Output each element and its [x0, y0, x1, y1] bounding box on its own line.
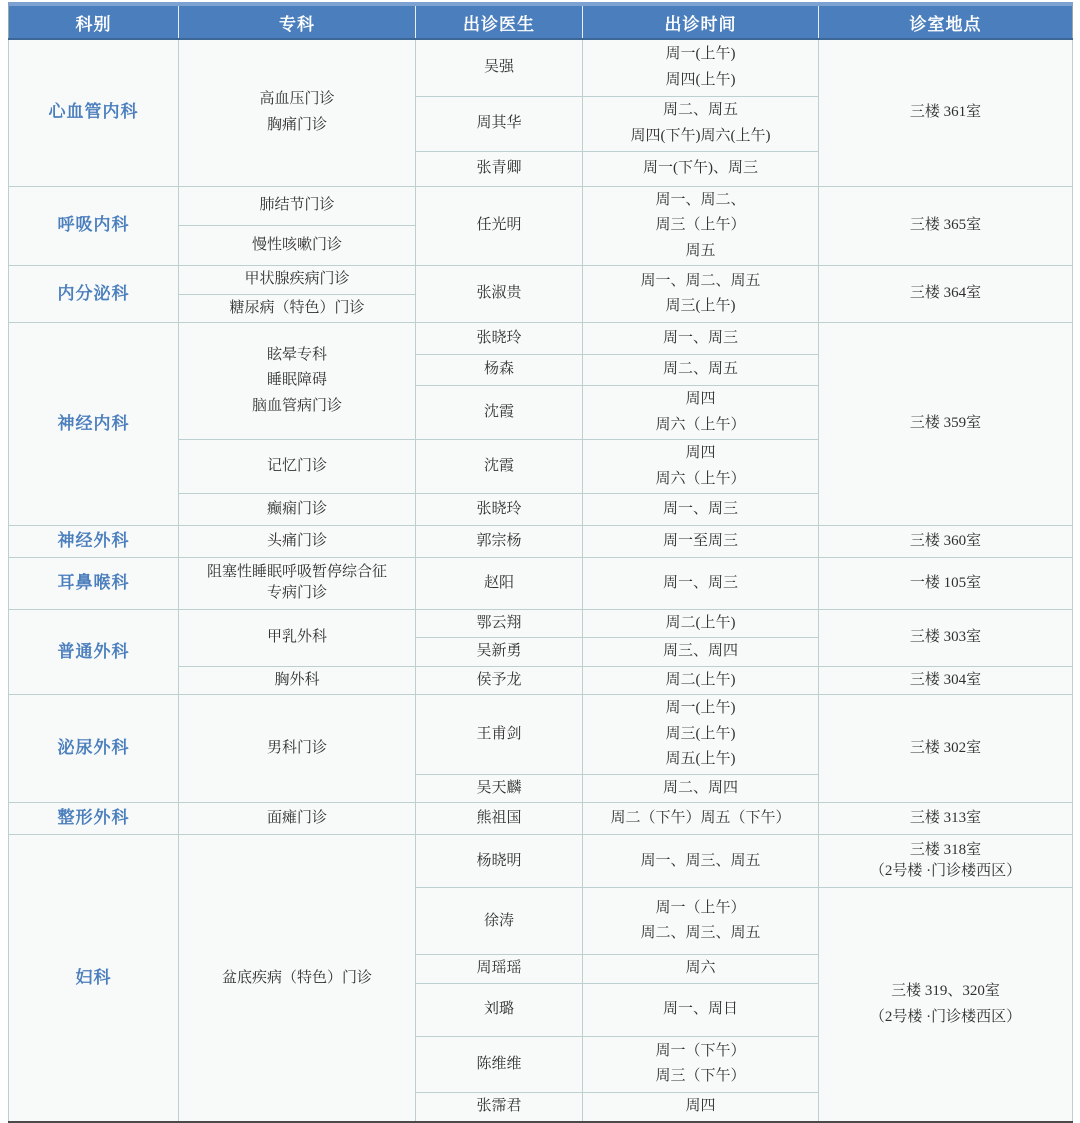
dept-cell: 神经内科	[9, 323, 179, 526]
doctor-cell: 徐涛	[416, 888, 583, 955]
location-cell: 三楼 365室	[819, 186, 1073, 266]
specialty-cell: 盆底疾病（特色）门诊	[179, 835, 416, 1123]
specialty-cell: 阻塞性睡眠呼吸暂停综合征 专病门诊	[179, 557, 416, 609]
time-cell: 周一、周三	[583, 323, 819, 355]
doctor-cell: 周其华	[416, 96, 583, 151]
time-cell: 周四 周六（上午）	[583, 440, 819, 494]
doctor-cell: 吴强	[416, 39, 583, 96]
time-cell: 周二(上午)	[583, 609, 819, 638]
specialty-cell: 眩晕专科 睡眠障碍 脑血管病门诊	[179, 323, 416, 440]
location-cell: 三楼 361室	[819, 39, 1073, 186]
dept-cell: 耳鼻喉科	[9, 557, 179, 609]
table-row: 心血管内科 高血压门诊 胸痛门诊 吴强 周一(上午) 周四(上午) 三楼 361…	[9, 39, 1073, 96]
table-row: 神经外科 头痛门诊 郭宗杨 周一至周三 三楼 360室	[9, 526, 1073, 558]
specialty-cell: 糖尿病（特色）门诊	[179, 294, 416, 323]
time-cell: 周一、周二、 周三（上午） 周五	[583, 186, 819, 266]
time-cell: 周六	[583, 955, 819, 984]
time-cell: 周一（上午） 周二、周三、周五	[583, 888, 819, 955]
time-cell: 周一、周日	[583, 983, 819, 1036]
header-specialty: 专科	[179, 4, 416, 39]
time-cell: 周一（下午） 周三（下午）	[583, 1036, 819, 1092]
doctor-cell: 张淑贵	[416, 266, 583, 323]
doctor-cell: 沈霞	[416, 386, 583, 440]
dept-cell: 神经外科	[9, 526, 179, 558]
dept-cell: 妇科	[9, 835, 179, 1123]
table-row: 呼吸内科 肺结节门诊 任光明 周一、周二、 周三（上午） 周五 三楼 365室	[9, 186, 1073, 226]
doctor-cell: 郭宗杨	[416, 526, 583, 558]
time-cell: 周四	[583, 1092, 819, 1122]
time-cell: 周四 周六（上午）	[583, 386, 819, 440]
specialty-cell: 胸外科	[179, 666, 416, 695]
time-cell: 周一、周三、周五	[583, 835, 819, 888]
location-cell: 三楼 319、320室 （2号楼 ·门诊楼西区）	[819, 888, 1073, 1123]
specialty-cell: 面瘫门诊	[179, 803, 416, 835]
time-cell: 周二、周五 周四(下午)周六(上午)	[583, 96, 819, 151]
specialty-cell: 甲乳外科	[179, 609, 416, 666]
location-cell: 三楼 302室	[819, 695, 1073, 803]
doctor-cell: 侯予龙	[416, 666, 583, 695]
table-row: 普通外科 甲乳外科 鄂云翔 周二(上午) 三楼 303室	[9, 609, 1073, 638]
time-cell: 周二（下午）周五（下午）	[583, 803, 819, 835]
location-cell: 三楼 318室 （2号楼 ·门诊楼西区）	[819, 835, 1073, 888]
time-cell: 周二、周五	[583, 355, 819, 386]
location-cell: 三楼 303室	[819, 609, 1073, 666]
dept-cell: 整形外科	[9, 803, 179, 835]
doctor-cell: 任光明	[416, 186, 583, 266]
time-cell: 周三、周四	[583, 638, 819, 667]
doctor-cell: 张青卿	[416, 151, 583, 186]
dept-cell: 心血管内科	[9, 39, 179, 186]
header-time: 出诊时间	[583, 4, 819, 39]
doctor-cell: 杨森	[416, 355, 583, 386]
doctor-cell: 吴新勇	[416, 638, 583, 667]
doctor-cell: 陈维维	[416, 1036, 583, 1092]
specialty-cell: 记忆门诊	[179, 440, 416, 494]
header-dept: 科别	[9, 4, 179, 39]
doctor-cell: 王甫剑	[416, 695, 583, 775]
doctor-cell: 刘璐	[416, 983, 583, 1036]
table-row: 耳鼻喉科 阻塞性睡眠呼吸暂停综合征 专病门诊 赵阳 周一、周三 一楼 105室	[9, 557, 1073, 609]
location-cell: 三楼 359室	[819, 323, 1073, 526]
time-cell: 周一、周三	[583, 557, 819, 609]
table-row: 妇科 盆底疾病（特色）门诊 杨晓明 周一、周三、周五 三楼 318室 （2号楼 …	[9, 835, 1073, 888]
time-cell: 周一(上午) 周四(上午)	[583, 39, 819, 96]
doctor-cell: 熊祖国	[416, 803, 583, 835]
specialty-cell: 高血压门诊 胸痛门诊	[179, 39, 416, 186]
location-cell: 三楼 313室	[819, 803, 1073, 835]
time-cell: 周一(下午)、周三	[583, 151, 819, 186]
time-cell: 周二、周四	[583, 774, 819, 803]
header-location: 诊室地点	[819, 4, 1073, 39]
location-cell: 三楼 364室	[819, 266, 1073, 323]
doctor-cell: 张晓玲	[416, 323, 583, 355]
specialty-cell: 头痛门诊	[179, 526, 416, 558]
time-cell: 周二(上午)	[583, 666, 819, 695]
location-cell: 一楼 105室	[819, 557, 1073, 609]
specialty-cell: 肺结节门诊	[179, 186, 416, 226]
schedule-table: 科别 专科 出诊医生 出诊时间 诊室地点 心血管内科 高血压门诊 胸痛门诊 吴强…	[8, 2, 1073, 1123]
dept-cell: 普通外科	[9, 609, 179, 695]
specialty-cell: 慢性咳嗽门诊	[179, 226, 416, 266]
table-row: 泌尿外科 男科门诊 王甫剑 周一(上午) 周三(上午) 周五(上午) 三楼 30…	[9, 695, 1073, 775]
location-cell: 三楼 360室	[819, 526, 1073, 558]
table-row: 内分泌科 甲状腺疾病门诊 张淑贵 周一、周二、周五 周三(上午) 三楼 364室	[9, 266, 1073, 295]
dept-cell: 呼吸内科	[9, 186, 179, 266]
doctor-cell: 张晓玲	[416, 494, 583, 526]
doctor-cell: 吴天麟	[416, 774, 583, 803]
dept-cell: 内分泌科	[9, 266, 179, 323]
dept-cell: 泌尿外科	[9, 695, 179, 803]
specialty-cell: 癫痫门诊	[179, 494, 416, 526]
doctor-cell: 张霈君	[416, 1092, 583, 1122]
time-cell: 周一、周二、周五 周三(上午)	[583, 266, 819, 323]
table-row: 神经内科 眩晕专科 睡眠障碍 脑血管病门诊 张晓玲 周一、周三 三楼 359室	[9, 323, 1073, 355]
location-cell: 三楼 304室	[819, 666, 1073, 695]
header-doctor: 出诊医生	[416, 4, 583, 39]
doctor-cell: 赵阳	[416, 557, 583, 609]
header-row: 科别 专科 出诊医生 出诊时间 诊室地点	[9, 4, 1073, 39]
page: 科别 专科 出诊医生 出诊时间 诊室地点 心血管内科 高血压门诊 胸痛门诊 吴强…	[0, 0, 1080, 1123]
doctor-cell: 杨晓明	[416, 835, 583, 888]
time-cell: 周一、周三	[583, 494, 819, 526]
specialty-cell: 男科门诊	[179, 695, 416, 803]
doctor-cell: 周瑶瑶	[416, 955, 583, 984]
specialty-cell: 甲状腺疾病门诊	[179, 266, 416, 295]
doctor-cell: 鄂云翔	[416, 609, 583, 638]
time-cell: 周一(上午) 周三(上午) 周五(上午)	[583, 695, 819, 775]
table-row: 整形外科 面瘫门诊 熊祖国 周二（下午）周五（下午） 三楼 313室	[9, 803, 1073, 835]
time-cell: 周一至周三	[583, 526, 819, 558]
doctor-cell: 沈霞	[416, 440, 583, 494]
